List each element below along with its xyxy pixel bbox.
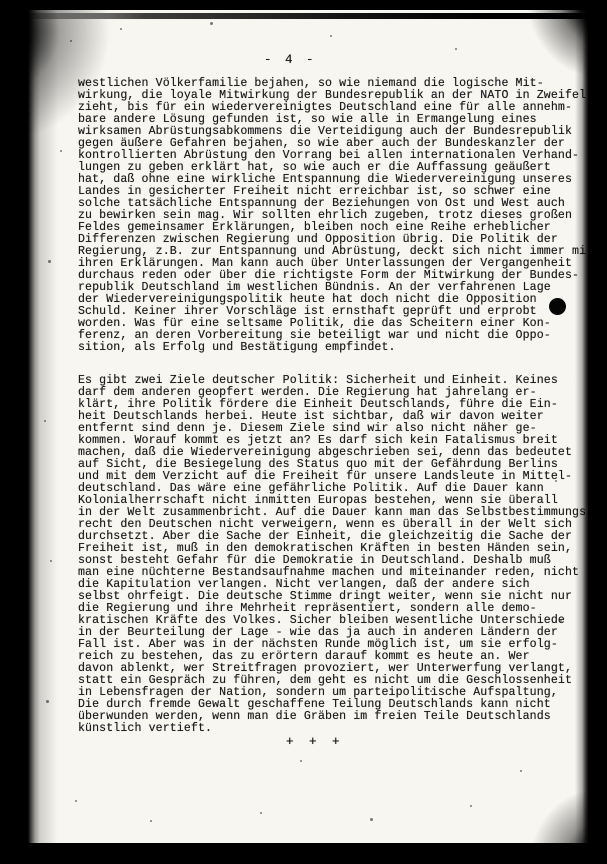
scanned-page-background: - 4 - westlichen Völkerfamilie bejahen, … [0,0,607,864]
page-number: - 4 - [264,53,317,67]
document-body: westlichen Völkerfamilie bejahen, so wie… [78,78,607,756]
document-page: - 4 - westlichen Völkerfamilie bejahen, … [26,7,588,843]
end-of-text-separator: + + + [286,735,344,749]
paragraph-2: Es gibt zwei Ziele deutscher Politik: Si… [78,375,607,735]
scan-edge-bottom [0,843,607,864]
paragraph-1: westlichen Völkerfamilie bejahen, so wie… [78,78,607,354]
punch-hole-mark [549,298,566,315]
scan-top-stripe [30,13,607,19]
scan-edge-top [0,0,607,10]
